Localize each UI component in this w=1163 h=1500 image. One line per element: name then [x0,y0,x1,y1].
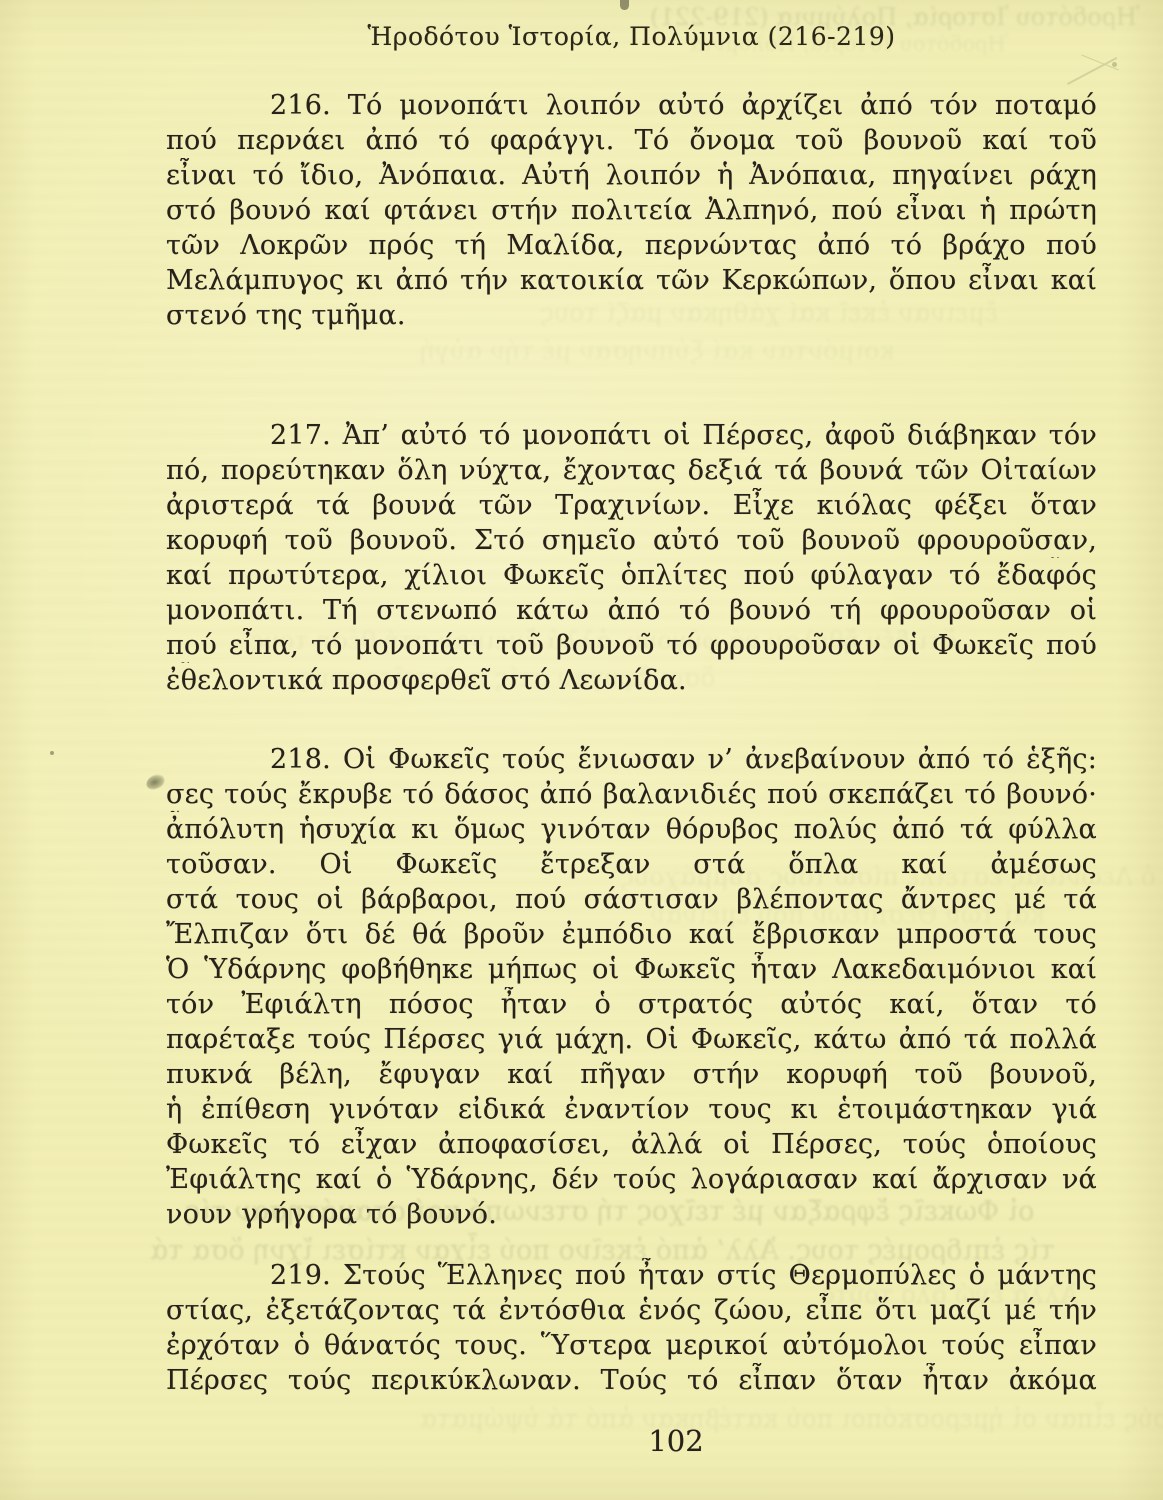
text-line: 219. Στούς Ἕλληνες πού ἦταν στίς Θερμοπύ… [166,1258,1097,1293]
running-head: Ἡροδότου Ἱστορία, Πολύμνια (216-219) [166,22,1097,51]
text-line: παρέταξε τούς Πέρσες γιά μάχη. Οἱ Φωκεῖς… [166,1022,1097,1057]
text-line: ἀριστερά τά βουνά τῶν Τραχινίων. Εἶχε κι… [166,488,1097,523]
text-line: Ὁ Ὑδάρνης φοβήθηκε μήπως οἱ Φωκεῖς ἦταν … [166,952,1097,987]
paragraph-218: 218. Οἱ Φωκεῖς τούς ἔνιωσαν ν’ ἀνεβαίνου… [166,742,1097,1232]
text-line: ἐθελοντικά προσφερθεῖ στό Λεωνίδα. [166,663,1097,698]
text-line: νουν γρήγορα τό βουνό. [166,1197,1097,1232]
text-line: ἐρχόταν ὁ θάνατός τους. Ὕστερα μερικοί α… [166,1328,1097,1363]
text-line: καί πρωτύτερα, χίλιοι Φωκεῖς ὁπλίτες πού… [166,558,1097,593]
text-line: Ἔλπιζαν ὅτι δέ θά βροῦν ἐμπόδιο καί ἔβρι… [166,917,1097,952]
text-line: εἶναι τό ἴδιο, Ἀνόπαια. Αὐτή λοιπόν ἡ Ἀν… [166,158,1097,193]
paragraph-216: 216. Τό μονοπάτι λοιπόν αὐτό ἀρχίζει ἀπό… [166,88,1097,333]
text-line: ἡ ἐπίθεση γινόταν εἰδικά ἐναντίον τους κ… [166,1092,1097,1127]
text-line: ἀπόλυτη ἡσυχία κι ὅμως γινόταν θόρυβος π… [166,812,1097,847]
text-line: 216. Τό μονοπάτι λοιπόν αὐτό ἀρχίζει ἀπό… [166,88,1097,123]
text-line: μονοπάτι. Τή στενωπό κάτω ἀπό τό βουνό τ… [166,593,1097,628]
paragraph-217: 217. Ἀπ’ αὐτό τό μονοπάτι οἱ Πέρσες, ἀφο… [166,418,1097,698]
text-line: τόν Ἐφιάλτη πόσος ἦταν ὁ στρατός αὐτός κ… [166,987,1097,1022]
text-line: στίας, ἐξετάζοντας τά ἐντόσθια ἑνός ζώου… [166,1293,1097,1328]
text-line: 218. Οἱ Φωκεῖς τούς ἔνιωσαν ν’ ἀνεβαίνου… [166,742,1097,777]
text-line: πού εἶπα, τό μονοπάτι τοῦ βουνοῦ τό φρου… [166,628,1097,663]
text-line: κορυφή τοῦ βουνοῦ. Στό σημεῖο αὐτό τοῦ β… [166,523,1097,558]
text-line: σες τούς ἔκρυβε τό δάσος ἀπό βαλανιδιές … [166,777,1097,812]
ink-blot [144,772,166,791]
text-line: πυκνά βέλη, ἔφυγαν καί πῆγαν στήν κορυφή… [166,1057,1097,1092]
page-number: 102 [176,1424,1163,1458]
text-line: Φωκεῖς τό εἶχαν ἀποφασίσει, ἀλλά οἱ Πέρσ… [166,1127,1097,1162]
bleedthrough-text: κοιμόνταν καί ξύπνησαν μέ τήν αὐγή [420,336,895,365]
scanned-book-page: Ἡροδότου Ἱστορία, Πολύμνια (219-221) Ἡρο… [0,0,1163,1500]
text-line: πό, πορεύτηκαν ὅλη νύχτα, ἔχοντας δεξιά … [166,453,1097,488]
text-line: Ἐφιάλτης καί ὁ Ὑδάρνης, δέν τούς λογάρια… [166,1162,1097,1197]
text-line: Πέρσες τούς περικύκλωναν. Τούς τό εἶπαν … [166,1363,1097,1398]
text-line: στά τους οἱ βάρβαροι, πού σάστισαν βλέπο… [166,882,1097,917]
speck [50,751,54,755]
text-line: 217. Ἀπ’ αὐτό τό μονοπάτι οἱ Πέρσες, ἀφο… [166,418,1097,453]
paragraph-219: 219. Στούς Ἕλληνες πού ἦταν στίς Θερμοπύ… [166,1258,1097,1398]
text-line: πού περνάει ἀπό τό φαράγγι. Τό ὄνομα τοῦ… [166,123,1097,158]
text-line: στενό της τμῆμα. [166,298,1097,333]
edge-mark [620,0,629,10]
text-line: τοῦσαν. Οἱ Φωκεῖς ἔτρεξαν στά ὅπλα καί ἀ… [166,847,1097,882]
text-line: στό βουνό καί φτάνει στήν πολιτεία Ἀλπην… [166,193,1097,228]
text-line: Μελάμπυγος κι ἀπό τήν κατοικία τῶν Κερκώ… [166,263,1097,298]
text-line: τῶν Λοκρῶν πρός τή Μαλίδα, περνώντας ἀπό… [166,228,1097,263]
